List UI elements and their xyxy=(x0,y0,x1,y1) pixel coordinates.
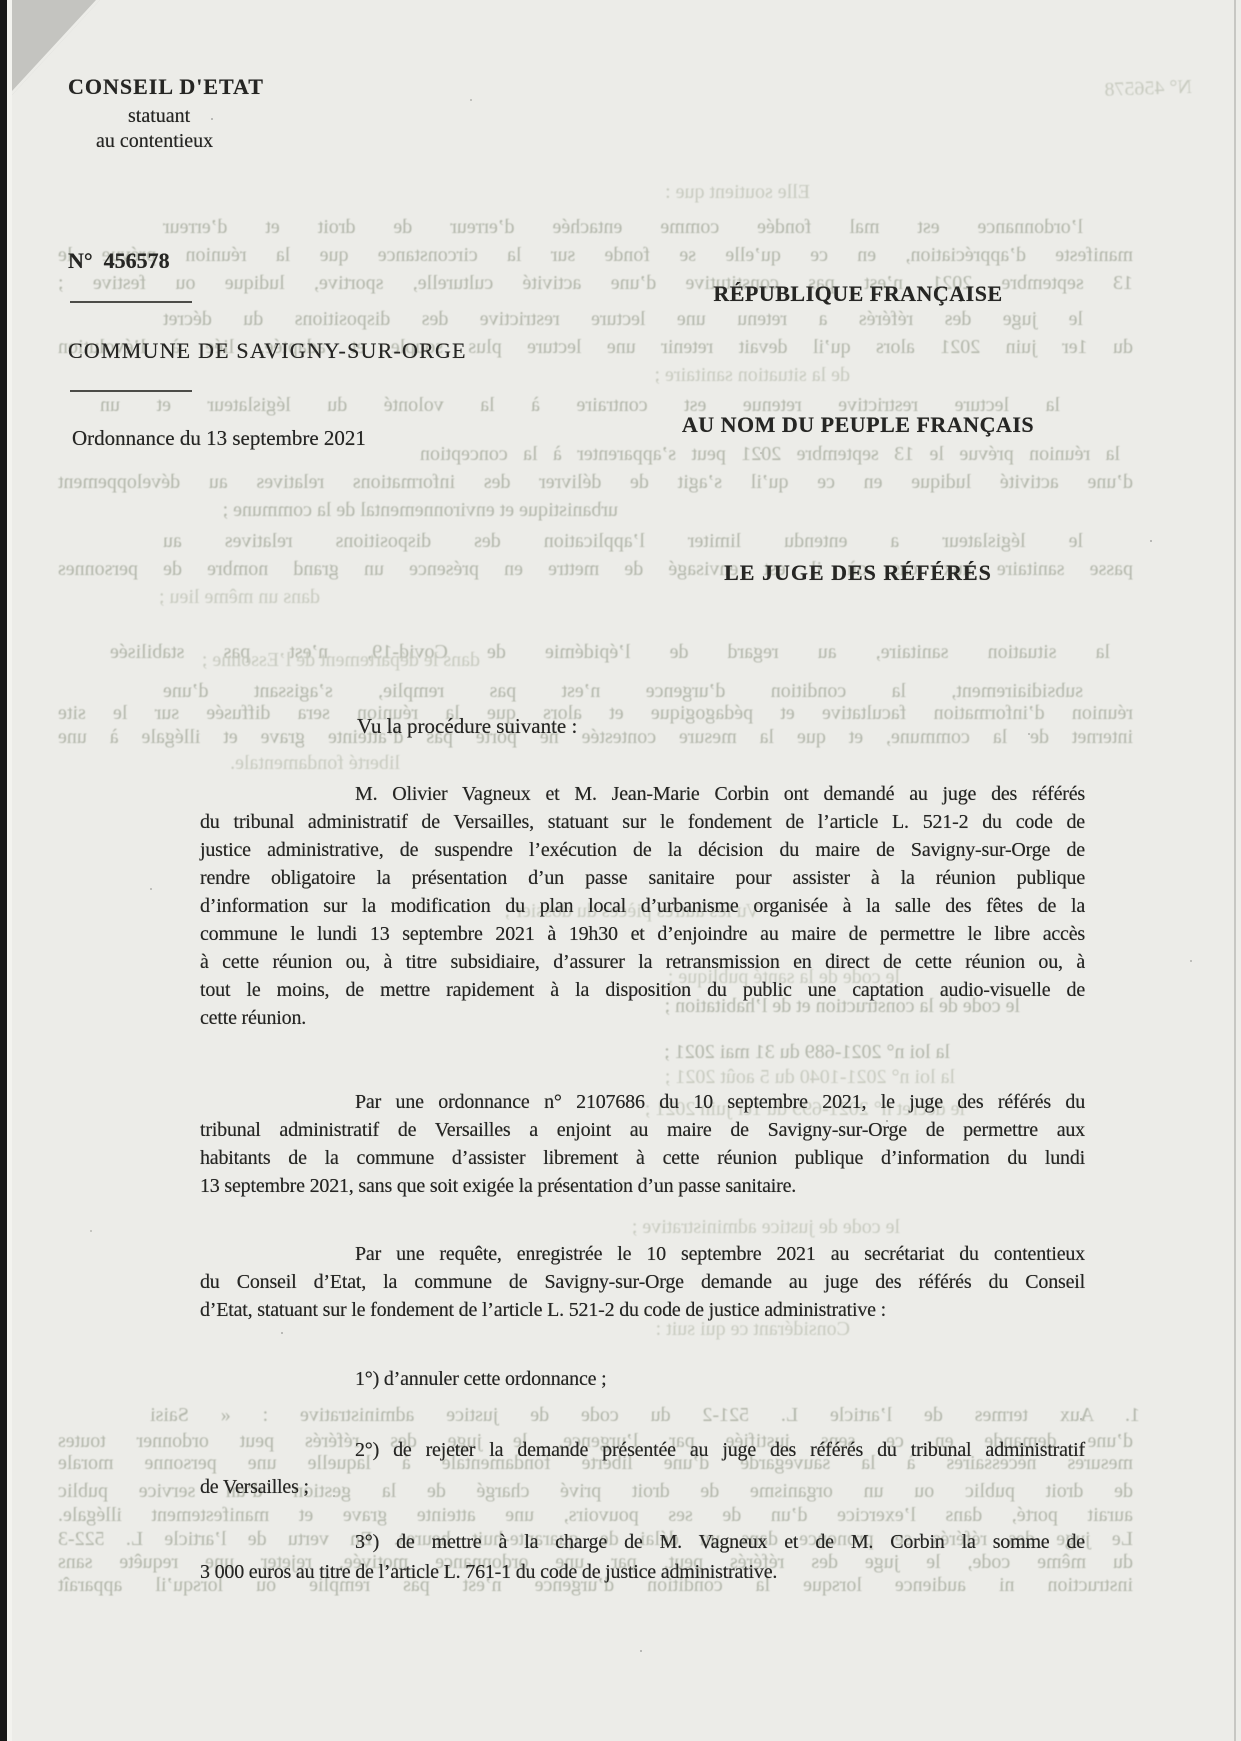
text-line: d’Etat, statuant sur le fondement de l’a… xyxy=(200,1296,1085,1324)
bleedthrough-line: aurait porté, dans l’exercice d’un de se… xyxy=(58,1504,1133,1527)
order-date: Ordonnance du 13 septembre 2021 xyxy=(72,426,366,451)
text-line: 1°) d’annuler cette ordonnance ; xyxy=(200,1365,1085,1393)
text-line: Par une requête, enregistrée le 10 septe… xyxy=(200,1240,1085,1268)
scanner-edge-strip xyxy=(0,0,7,1741)
in-the-name-heading: AU NOM DU PEUPLE FRANÇAIS xyxy=(558,412,1158,438)
paragraph-requete-conseil: Par une requête, enregistrée le 10 septe… xyxy=(200,1240,1085,1324)
paragraph-request-referes: M. Olivier Vagneux et M. Jean-Marie Corb… xyxy=(200,780,1085,1032)
scan-right-edge-line xyxy=(1234,0,1236,1741)
text-line: tribunal administratif de Versailles a e… xyxy=(200,1116,1085,1144)
procedure-heading: Vu la procédure suivante : xyxy=(357,714,577,739)
bleedthrough-line: manifeste d’appréciation, en ce qu’elle … xyxy=(58,244,1133,267)
bleedthrough-line: urbanistique et environnemental de la co… xyxy=(58,499,618,522)
text-line: tout le moins, de mettre rapidement à la… xyxy=(200,976,1085,1004)
bleedthrough-line: N° 456578 xyxy=(1072,76,1193,103)
party-name: COMMUNE DE SAVIGNY-SUR-ORGE xyxy=(68,338,467,364)
bleedthrough-line: la loi n° 2021-689 du 31 mai 2021 ; xyxy=(590,1041,950,1064)
text-line: de Versailles ; xyxy=(200,1469,1085,1506)
text-line: 2°) de rejeter la demande présentée au j… xyxy=(200,1432,1085,1469)
judge-heading: LE JUGE DES RÉFÉRÉS xyxy=(558,560,1158,586)
text-line: M. Olivier Vagneux et M. Jean-Marie Corb… xyxy=(200,780,1085,808)
text-line: justice administrative, de suspendre l’e… xyxy=(200,836,1085,864)
bleedthrough-line: 1. Aux termes de l’article L. 521-2 du c… xyxy=(150,1404,1140,1427)
bleedthrough-line: liberté fondamentale. xyxy=(190,752,400,775)
text-line: Par une ordonnance n° 2107686 du 10 sept… xyxy=(200,1088,1085,1116)
text-line: du Conseil d’Etat, la commune de Savigny… xyxy=(200,1268,1085,1296)
bleedthrough-line: subsidiairement, la condition d’urgence … xyxy=(163,680,1083,703)
court-subtitle-2: au contentieux xyxy=(96,130,213,153)
scanned-document-page: N° 456578Elle soutient que :l’ordonnance… xyxy=(0,0,1241,1741)
bleedthrough-line: dans un même lieu ; xyxy=(120,586,320,609)
bleedthrough-line: Elle soutient que : xyxy=(600,181,810,204)
text-line: habitants de la commune d’assister libre… xyxy=(200,1144,1085,1172)
bleedthrough-line: le juge des référés a retenu une lecture… xyxy=(163,308,1083,331)
text-line: 13 septembre 2021, sans que soit exigée … xyxy=(200,1172,1085,1200)
republic-heading: RÉPUBLIQUE FRANÇAISE xyxy=(558,281,1158,307)
court-subtitle-1: statuant xyxy=(128,105,190,128)
paragraph-ordonnance-ta: Par une ordonnance n° 2107686 du 10 sept… xyxy=(200,1088,1085,1200)
bleedthrough-line: le législateur a entendu limiter l’appli… xyxy=(163,530,1083,553)
text-line: cette réunion. xyxy=(200,1004,1085,1032)
text-line: 3 000 euros au titre de l’article L. 761… xyxy=(200,1557,1085,1587)
bleedthrough-line: d’une activité ludique en ce qu’il s’agi… xyxy=(58,471,1133,494)
request-item-2: 2°) de rejeter la demande présentée au j… xyxy=(200,1432,1085,1506)
paper-edge-sliver xyxy=(7,0,12,1741)
bleedthrough-line: internet de la commune, et que la mesure… xyxy=(58,726,1133,749)
bleedthrough-line: la réunion prévue le 13 septembre 2021 p… xyxy=(420,443,1120,466)
bleedthrough-line: la loi n° 2021-1040 du 5 août 2021 ; xyxy=(585,1066,955,1089)
bleedthrough-line: dans le département de l’Essonne ; xyxy=(150,649,480,672)
case-number: N° 456578 xyxy=(68,248,170,274)
bleedthrough-line: de la situation sanitaire ; xyxy=(620,364,850,387)
text-line: d’information sur la modification du pla… xyxy=(200,892,1085,920)
bleedthrough-line: l’ordonnance est mal fondée comme entach… xyxy=(163,216,1083,239)
bleedthrough-line: réunion d’information facultative et péd… xyxy=(58,702,1133,725)
bleedthrough-line: le code de justice administrative ; xyxy=(560,1216,900,1239)
text-line: 3°) de mettre à la charge de M. Vagneux … xyxy=(200,1527,1085,1557)
text-line: du tribunal administratif de Versailles,… xyxy=(200,808,1085,836)
court-title: CONSEIL D'ETAT xyxy=(68,74,264,100)
request-item-3: 3°) de mettre à la charge de M. Vagneux … xyxy=(200,1527,1085,1587)
text-line: commune le lundi 13 septembre 2021 à 19h… xyxy=(200,920,1085,948)
request-item-1: 1°) d’annuler cette ordonnance ; xyxy=(200,1365,1085,1393)
text-line: à cette réunion ou, à titre subsidiaire,… xyxy=(200,948,1085,976)
text-line: rendre obligatoire la présentation d’un … xyxy=(200,864,1085,892)
